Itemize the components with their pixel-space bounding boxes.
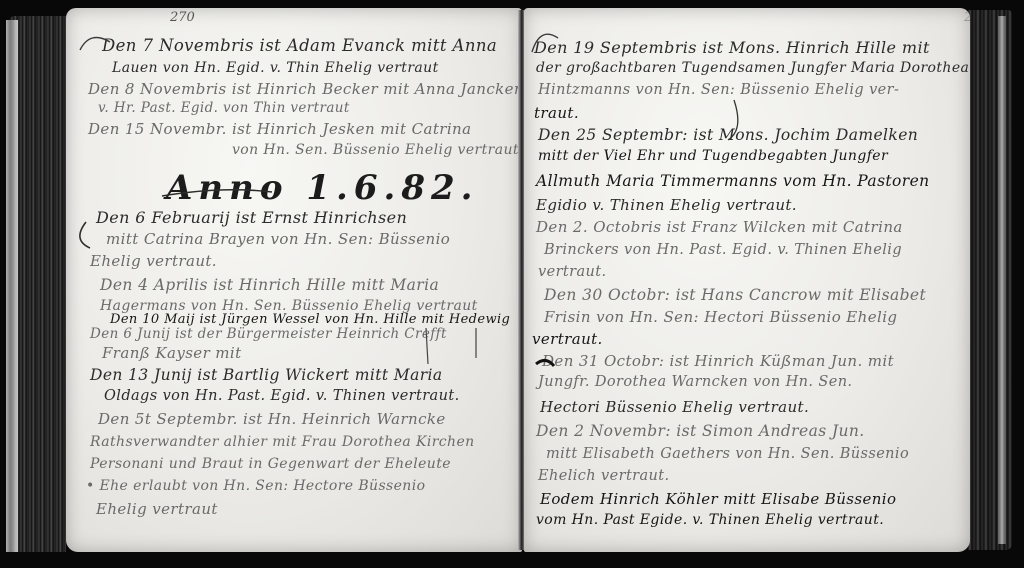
register-entry-line: traut. bbox=[534, 104, 579, 122]
right-page-entries: Den 19 Septembris ist Mons. Hinrich Hill… bbox=[524, 8, 970, 552]
register-entry-line: Den 19 Septembris ist Mons. Hinrich Hill… bbox=[534, 38, 930, 57]
register-entry-line: Den 10 Maij ist Jürgen Wessel von Hn. Hi… bbox=[110, 312, 510, 327]
left-page: 270 Den 7 Novembris ist Adam Evanck mitt… bbox=[66, 8, 522, 552]
register-entry-line: Ehelig vertraut bbox=[96, 500, 218, 518]
register-entry-line: Frisin von Hn. Sen: Hectori Büssenio Ehe… bbox=[544, 308, 897, 326]
register-entry-line: Hectori Büssenio Ehelig vertraut. bbox=[540, 398, 809, 416]
register-entry-line: Den 7 Novembris ist Adam Evanck mitt Ann… bbox=[102, 36, 497, 55]
register-entry-line: Allmuth Maria Timmermanns vom Hn. Pastor… bbox=[536, 172, 930, 190]
register-entry-line: Den 6 Junij ist der Bürgermeister Heinri… bbox=[90, 326, 447, 342]
register-entry-line: Den 6 Februarij ist Ernst Hinrichsen bbox=[96, 208, 407, 227]
register-entry-line: Franß Kayser mit bbox=[102, 344, 242, 362]
register-entry-line: Eodem Hinrich Köhler mitt Elisabe Büssen… bbox=[540, 490, 896, 508]
register-entry-line: Oldags von Hn. Past. Egid. v. Thinen ver… bbox=[104, 388, 460, 404]
register-entry-line: mitt Elisabeth Gaethers von Hn. Sen. Büs… bbox=[546, 446, 909, 462]
register-entry-line: Den 25 Septembr: ist Mons. Jochim Damelk… bbox=[538, 126, 918, 144]
register-entry-line: der großachtbaren Tugendsamen Jungfer Ma… bbox=[536, 60, 969, 76]
register-entry-line: Egidio v. Thinen Ehelig vertraut. bbox=[536, 196, 797, 214]
register-entry-line: Rathsverwandter alhier mit Frau Dorothea… bbox=[90, 434, 475, 450]
register-entry-line: vertraut. bbox=[538, 264, 606, 280]
register-entry-line: Brinckers von Hn. Past. Egid. v. Thinen … bbox=[544, 242, 902, 258]
register-entry-line: Den 15 Novembr. ist Hinrich Jesken mit C… bbox=[88, 120, 471, 138]
register-entry-line: Den 4 Aprilis ist Hinrich Hille mitt Mar… bbox=[100, 276, 439, 294]
register-entry-line: Den 31 Octobr: ist Hinrich Küßman Jun. m… bbox=[542, 352, 894, 370]
register-entry-line: Personani und Braut in Gegenwart der Ehe… bbox=[90, 456, 451, 472]
register-entry-line: Den 8 Novembris ist Hinrich Becker mit A… bbox=[88, 80, 522, 98]
register-entry-line: vom Hn. Past Egide. v. Thinen Ehelig ver… bbox=[536, 512, 884, 528]
right-page-block-edge bbox=[968, 10, 1012, 550]
register-entry-line: von Hn. Sen. Büssenio Ehelig vertraut. bbox=[232, 142, 522, 158]
register-entry-line: • Ehe erlaubt von Hn. Sen: Hectore Büsse… bbox=[86, 478, 425, 494]
register-entry-line: Den 2. Octobris ist Franz Wilcken mit Ca… bbox=[536, 218, 903, 236]
register-entry-line: vertraut. bbox=[532, 330, 603, 348]
year-heading: Anno 1.6.82. bbox=[166, 168, 478, 208]
register-entry-line: mitt der Viel Ehr und Tugendbegabten Jun… bbox=[538, 148, 888, 164]
register-entry-line: v. Hr. Past. Egid. von Thin vertraut bbox=[98, 100, 350, 116]
register-entry-line: Den 5t Septembr. ist Hn. Heinrich Warnck… bbox=[98, 410, 446, 428]
left-page-block-edge bbox=[10, 16, 66, 552]
register-entry-line: Den 13 Junij ist Bartlig Wickert mitt Ma… bbox=[90, 366, 443, 384]
left-page-entries: Den 7 Novembris ist Adam Evanck mitt Ann… bbox=[66, 8, 522, 552]
right-page: 271 Den 19 Septembris ist Mons. Hinrich … bbox=[524, 8, 970, 552]
register-entry-line: Den 2 Novembr: ist Simon Andreas Jun. bbox=[536, 422, 865, 440]
register-entry-line: Hintzmanns von Hn. Sen: Büssenio Ehelig … bbox=[538, 82, 899, 98]
register-entry-line: mitt Catrina Brayen von Hn. Sen: Büsseni… bbox=[106, 230, 450, 248]
register-entry-line: Jungfr. Dorothea Warncken von Hn. Sen. bbox=[538, 374, 852, 390]
register-entry-line: Den 30 Octobr: ist Hans Cancrow mit Elis… bbox=[544, 286, 926, 304]
register-entry-line: Lauen von Hn. Egid. v. Thin Ehelig vertr… bbox=[112, 60, 439, 76]
register-entry-line: Ehelig vertraut. bbox=[90, 252, 217, 270]
scanned-book-spread: 270 Den 7 Novembris ist Adam Evanck mitt… bbox=[0, 0, 1024, 568]
register-entry-line: Ehelich vertraut. bbox=[538, 468, 670, 484]
